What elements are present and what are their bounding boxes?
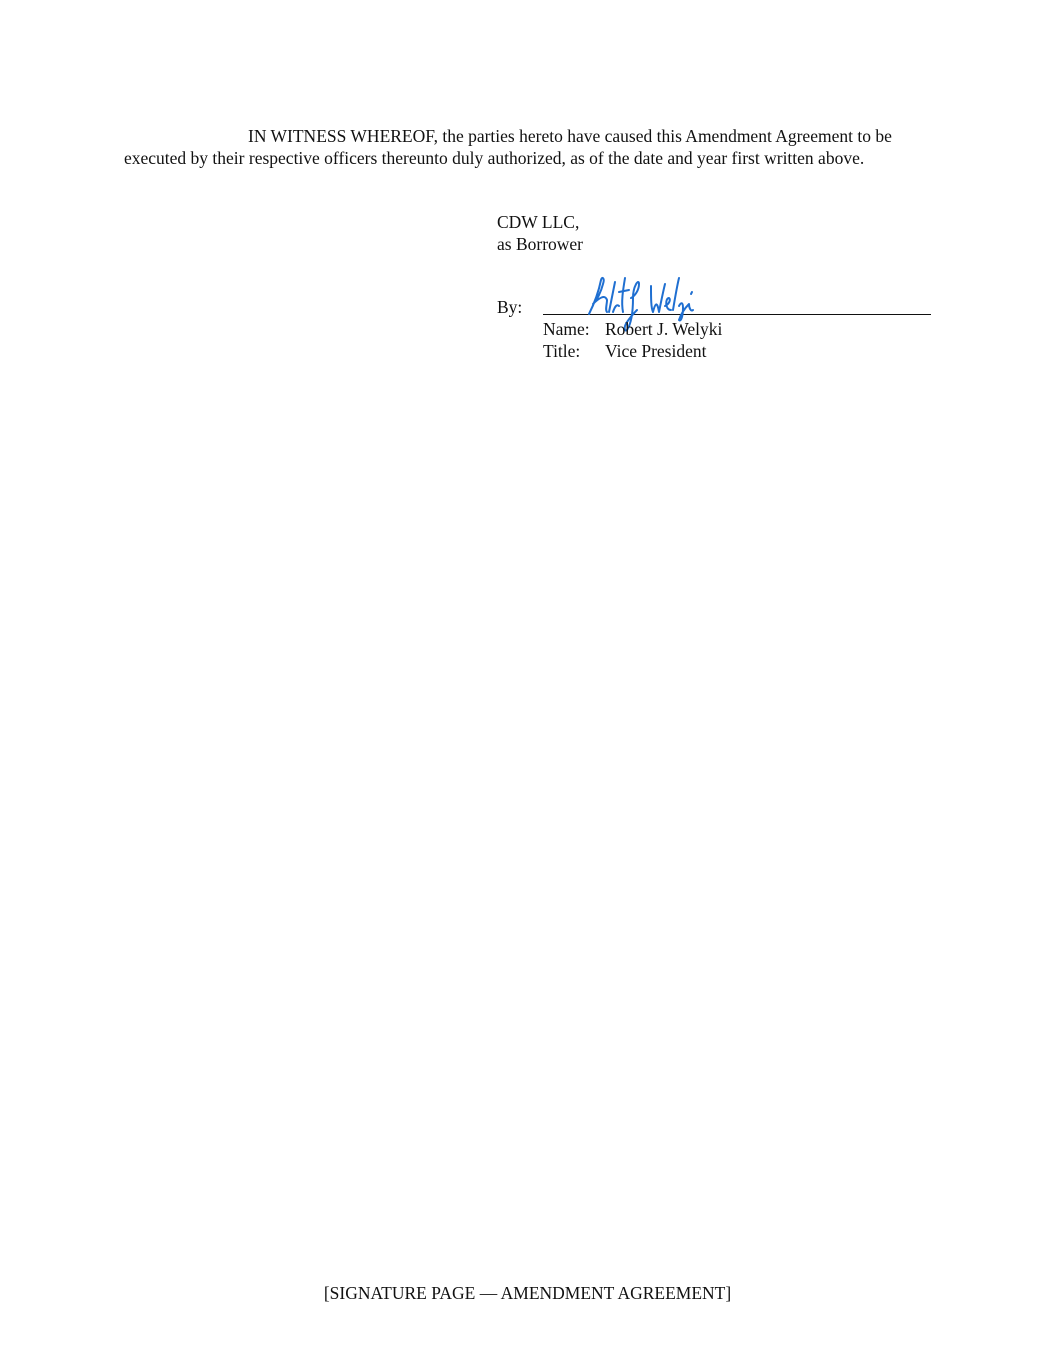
name-label: Name:: [543, 318, 605, 340]
witness-paragraph: IN WITNESS WHEREOF, the parties hereto h…: [124, 125, 934, 169]
signatory-name-row: Name:Robert J. Welyki: [543, 318, 722, 340]
signatory-company: CDW LLC, as Borrower: [497, 211, 583, 255]
company-role: as Borrower: [497, 233, 583, 255]
signatory-title-row: Title:Vice President: [543, 340, 707, 362]
title-label: Title:: [543, 340, 605, 362]
by-label: By:: [497, 296, 522, 318]
company-name: CDW LLC,: [497, 211, 583, 233]
page-footer: [SIGNATURE PAGE — AMENDMENT AGREEMENT]: [0, 1282, 1055, 1304]
title-value: Vice President: [605, 341, 707, 361]
name-value: Robert J. Welyki: [605, 319, 722, 339]
